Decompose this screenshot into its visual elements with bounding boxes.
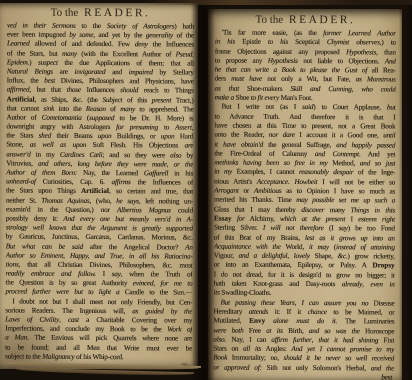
text-line: Learned allowed of and defended. Few den…: [7, 40, 194, 50]
left-header-title: READER.: [84, 7, 150, 19]
left-page-surface: To the READER. ved in their Sermons to t…: [0, 2, 199, 371]
text-line: affirmed, but that those Influences shou…: [7, 86, 194, 96]
book-right-edge-shadow: [399, 0, 412, 380]
book-gutter-shadow: [191, 0, 215, 380]
left-page-header: To the READER.: [7, 6, 194, 20]
left-page-text: ved in their Sermons to the Society of A…: [5, 21, 194, 362]
right-header-title: READER.: [289, 14, 355, 26]
right-page-text: 'Tis far more easie, (as the former Lear…: [213, 29, 396, 374]
book-top-edge: [140, 0, 412, 5]
open-book-photo: To the READER. ved in their Sermons to t…: [0, 0, 412, 380]
right-page-surface: To the READER. 'Tis far more easie, (as …: [207, 8, 403, 380]
text-line: the Stars upon Things Artificial, so cer…: [6, 187, 193, 197]
right-page-header: To the READER.: [215, 14, 396, 28]
text-line: in his Epistle to his Sceptical Chymist …: [215, 38, 396, 48]
text-line: or into an Exanthemata, Epilepsy, or Pal…: [214, 261, 395, 271]
left-header-lead: To the: [51, 7, 79, 19]
text-line: a Man. The Envious will pick Quarrels wh…: [5, 334, 192, 344]
text-line: Sterling Silver. I will not therefore (I…: [214, 224, 395, 234]
text-line: or approved of: Sith not only Solomon's …: [213, 363, 394, 373]
right-page: To the READER. 'Tis far more easie, (as …: [208, 9, 402, 380]
right-catchword: best: [213, 373, 394, 380]
left-page: To the READER. ved in their Sermons to t…: [0, 3, 198, 369]
text-line: But I write not (as I said) to Court App…: [214, 103, 395, 113]
text-line: merited his Thanks. Time may possible se…: [214, 196, 395, 206]
right-header-lead: To the: [255, 14, 283, 26]
